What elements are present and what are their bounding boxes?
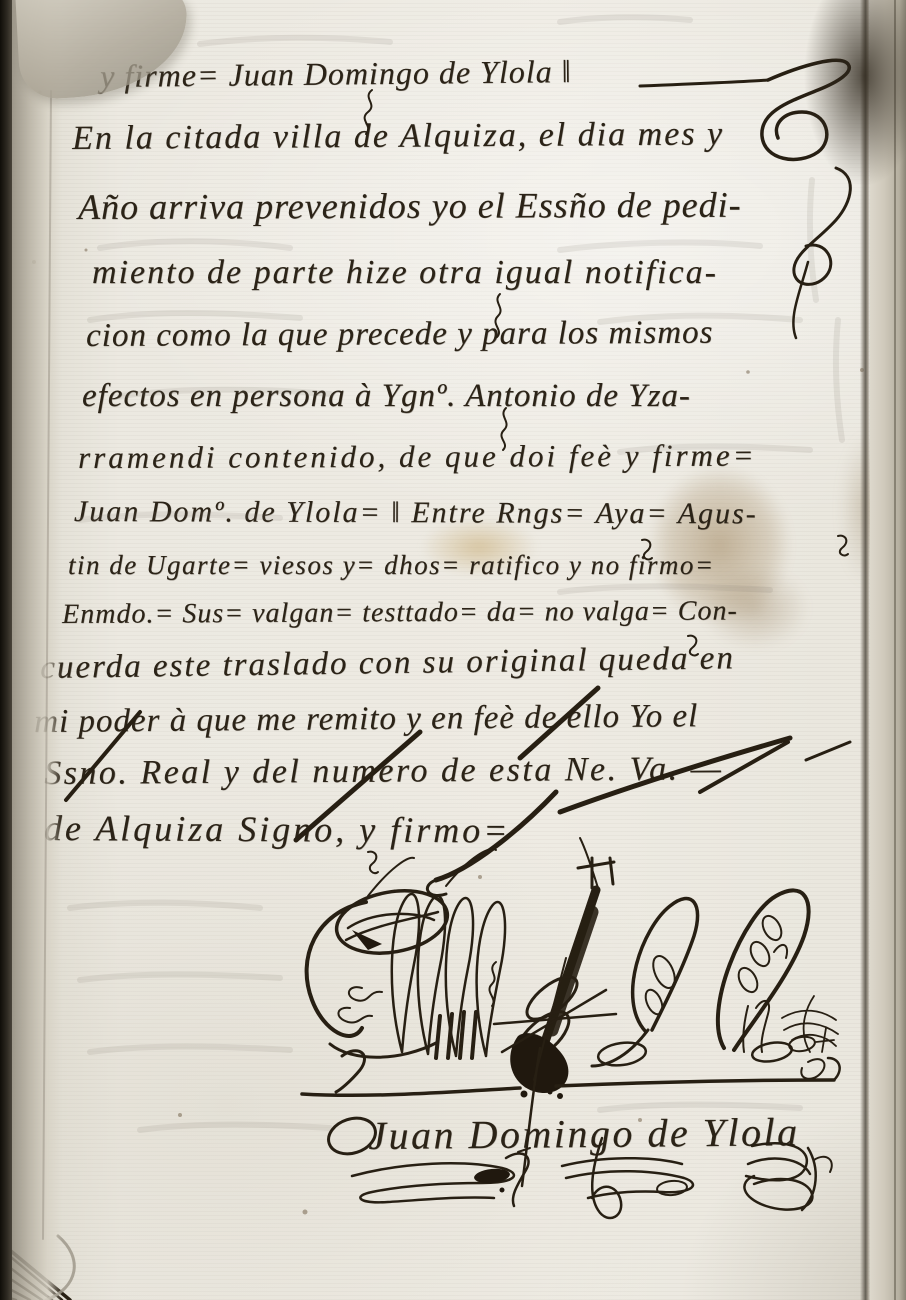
manuscript-scan: y firme= Juan Domingo de Ylola ‖ En la c… (0, 0, 906, 1300)
line2-margin-flourish (793, 168, 850, 338)
testimonio-monogram (302, 849, 520, 1095)
rubric-right (535, 890, 840, 1094)
page-crease (860, 0, 870, 1300)
book-binding-edge (0, 0, 12, 1300)
notarial-sign (494, 838, 616, 1193)
adjacent-page-edge (870, 0, 906, 1300)
top-right-shadow (804, 0, 906, 186)
signature-rubrics (324, 1112, 832, 1218)
page-left-edge (12, 0, 62, 1300)
flourishes-overlay (0, 0, 906, 1300)
heavy-pen-strokes (66, 688, 850, 895)
bleedthrough-ghost-marks (70, 17, 842, 1130)
abbreviation-marks (365, 90, 848, 873)
